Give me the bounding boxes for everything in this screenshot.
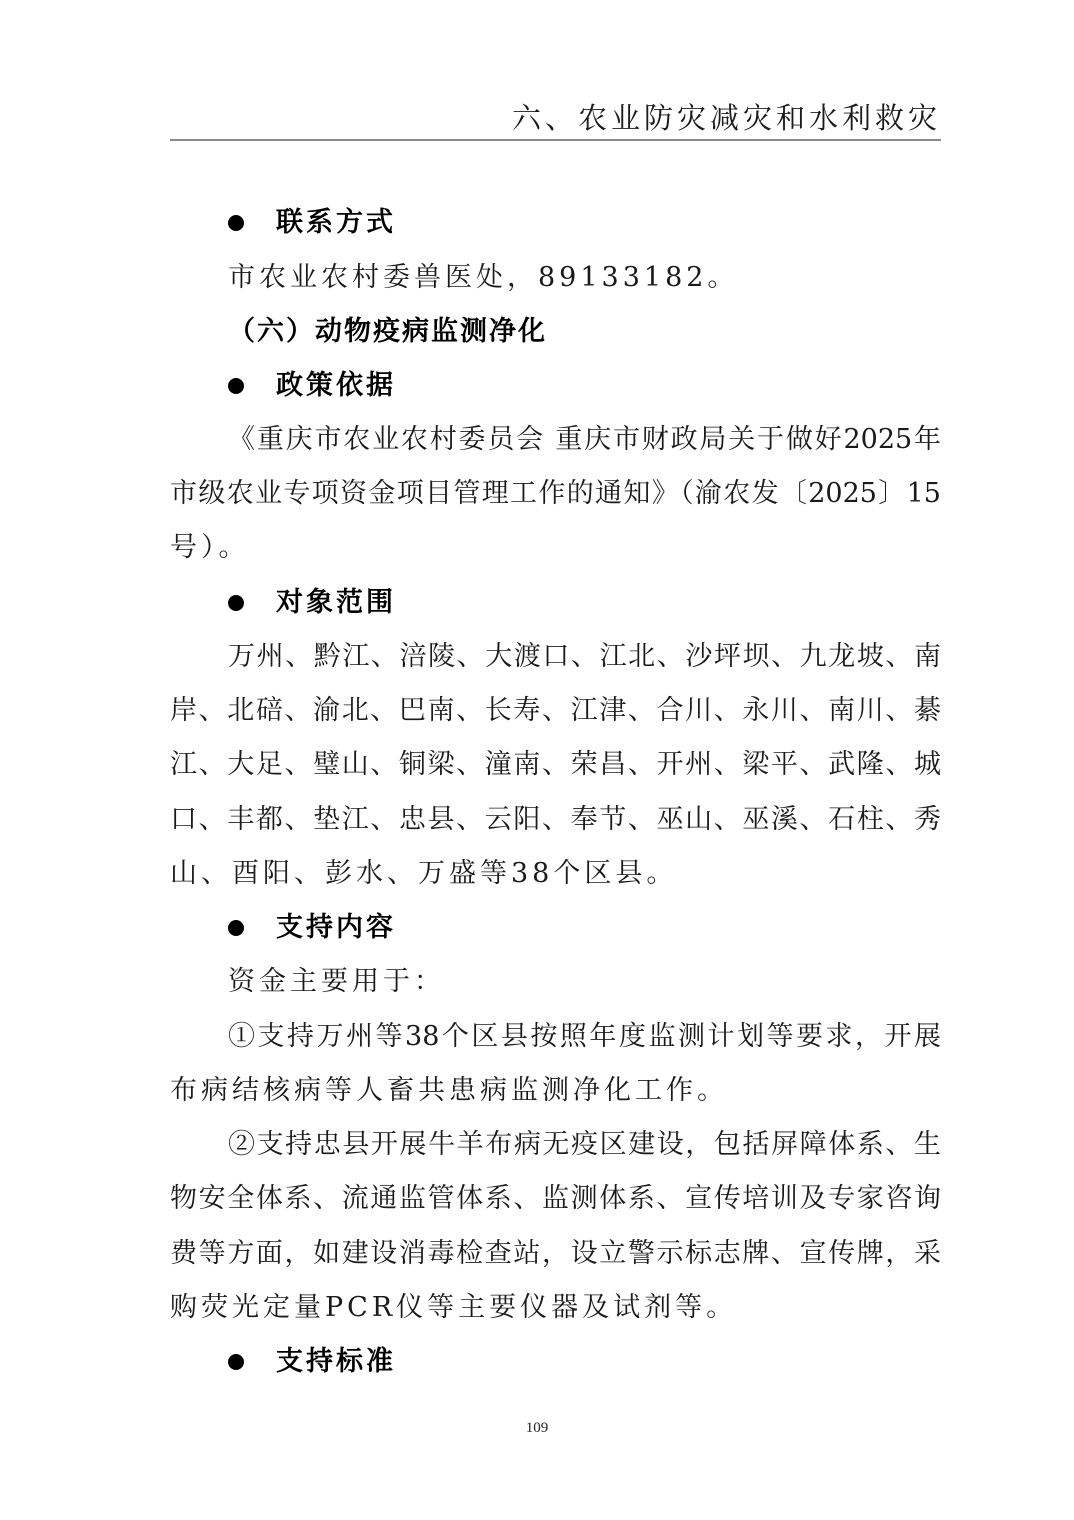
support-item1-line: 布病结核病等人畜共患病监测净化工作。 [170, 1071, 941, 1111]
scope-line: 山、酉阳、彭水、万盛等38个区县。 [170, 854, 941, 894]
bullet-heading-scope: 对象范围 [228, 583, 396, 623]
policy-line: 《重庆市农业农村委员会 重庆市财政局关于做好2025年 [228, 420, 941, 460]
policy-line: 号）。 [170, 528, 941, 568]
support-item2-line: 购荧光定量PCR仪等主要仪器及试剂等。 [170, 1288, 941, 1328]
bullet-icon [228, 595, 244, 611]
running-header-chapter-title: 六、农业防灾减灾和水利救灾 [512, 96, 941, 137]
support-item2-line: 物安全体系、流通监管体系、监测体系、宣传培训及专家咨询 [170, 1179, 941, 1219]
bullet-icon [228, 1354, 244, 1370]
heading-text: 支持内容 [276, 908, 396, 948]
contact-text: 市农业农村委兽医处，89133182。 [228, 258, 941, 298]
section-title: （六）动物疫病监测净化 [228, 312, 547, 352]
bullet-icon [228, 920, 244, 936]
scope-line: 江、大足、璧山、铜梁、潼南、荣昌、开州、梁平、武隆、城 [170, 745, 941, 785]
document-page: 六、农业防灾减灾和水利救灾 联系方式 市农业农村委兽医处，89133182。 （… [0, 0, 1074, 1520]
header-divider [170, 139, 941, 141]
scope-line: 万州、黔江、涪陵、大渡口、江北、沙坪坝、九龙坡、南 [228, 637, 941, 677]
heading-text: 联系方式 [276, 203, 396, 243]
policy-line: 市级农业专项资金项目管理工作的通知》（渝农发〔2025〕15 [170, 474, 941, 514]
bullet-heading-support-standard: 支持标准 [228, 1342, 396, 1382]
bullet-heading-policy-basis: 政策依据 [228, 366, 396, 406]
heading-text: 政策依据 [276, 366, 396, 406]
support-item2-line: ②支持忠县开展牛羊布病无疫区建设，包括屏障体系、生 [228, 1125, 941, 1165]
bullet-icon [228, 378, 244, 394]
heading-text: 支持标准 [276, 1342, 396, 1382]
bullet-icon [228, 215, 244, 231]
heading-text: 对象范围 [276, 583, 396, 623]
page-number: 109 [0, 1420, 1074, 1437]
bullet-heading-contact: 联系方式 [228, 203, 396, 243]
bullet-heading-support-content: 支持内容 [228, 908, 396, 948]
scope-line: 岸、北碚、渝北、巴南、长寿、江津、合川、永川、南川、綦 [170, 691, 941, 731]
support-intro: 资金主要用于： [228, 962, 941, 1002]
scope-line: 口、丰都、垫江、忠县、云阳、奉节、巫山、巫溪、石柱、秀 [170, 800, 941, 840]
support-item2-line: 费等方面，如建设消毒检查站，设立警示标志牌、宣传牌，采 [170, 1234, 941, 1274]
support-item1-line: ①支持万州等38个区县按照年度监测计划等要求，开展 [228, 1017, 941, 1057]
